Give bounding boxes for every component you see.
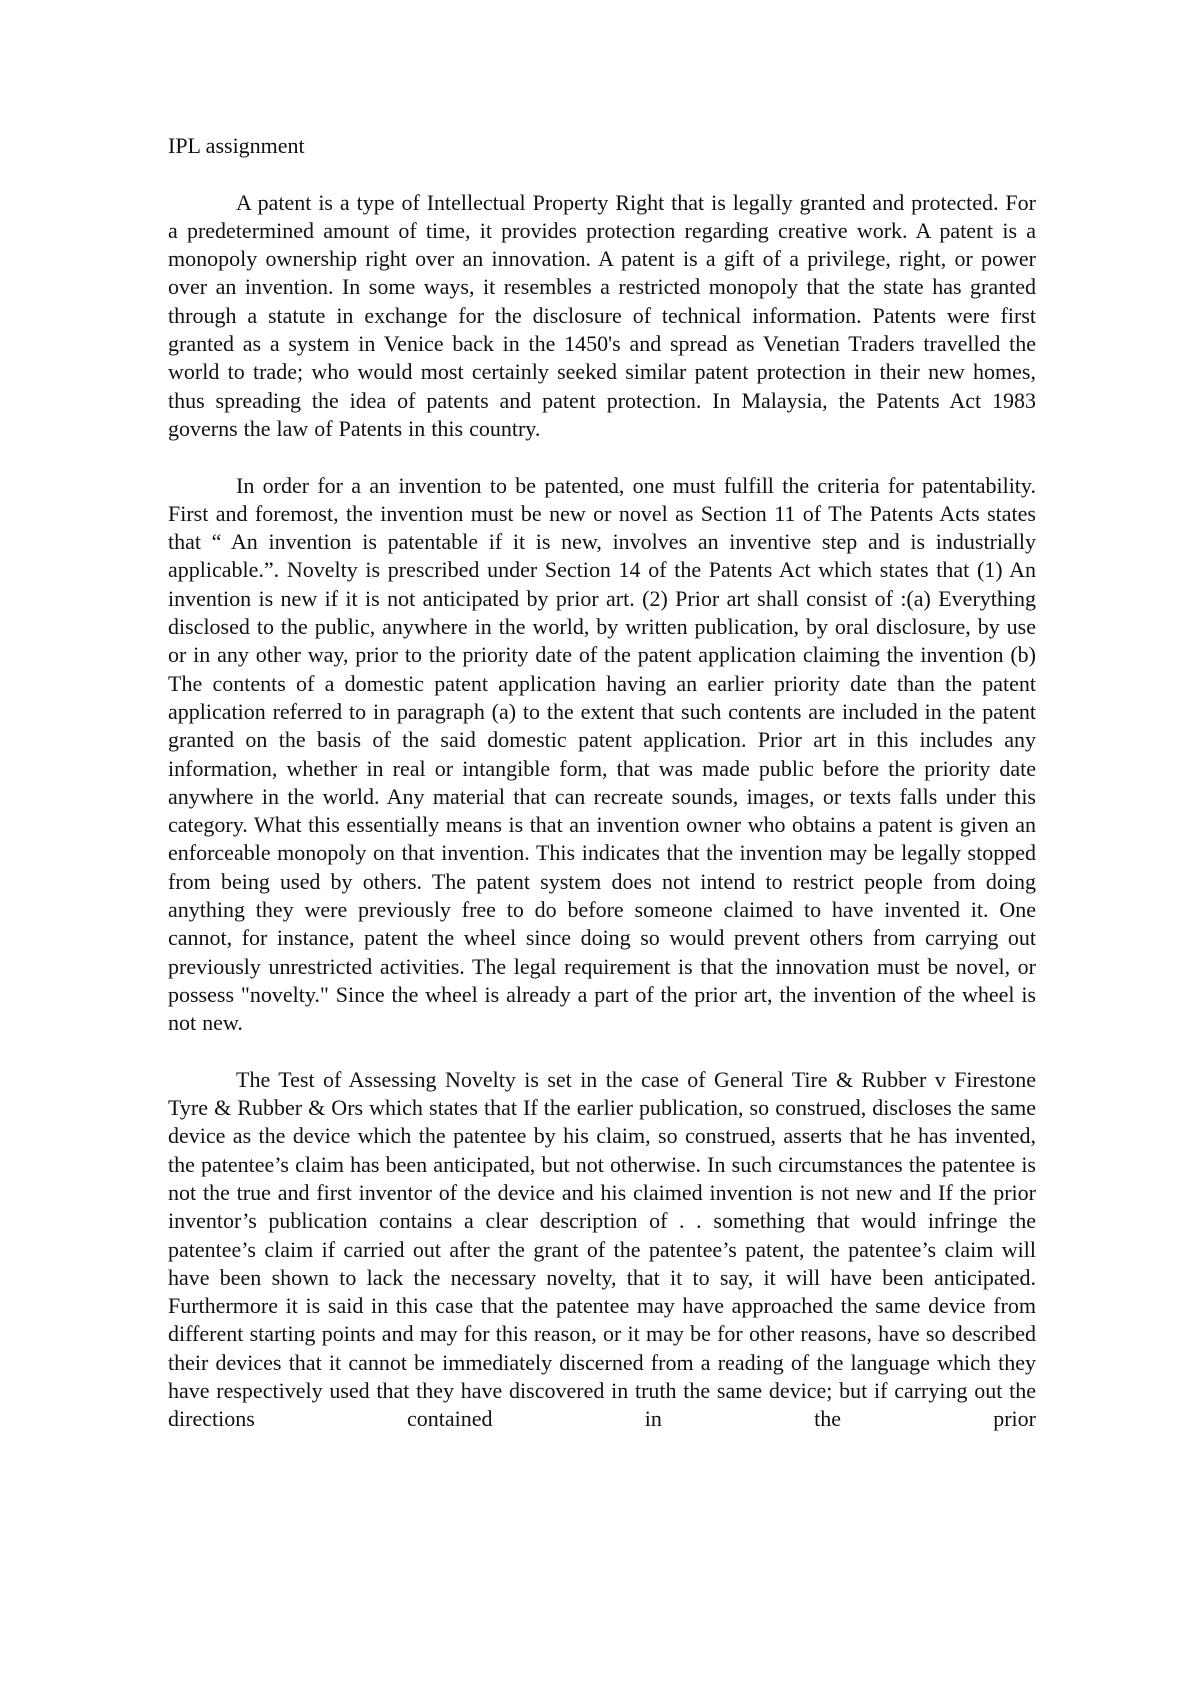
document-page: IPL assignment A patent is a type of Int…: [0, 0, 1200, 1698]
document-title: IPL assignment: [168, 132, 1036, 160]
paragraph-patentability-criteria: In order for a an invention to be patent…: [168, 472, 1036, 1038]
paragraph-intro-patents: A patent is a type of Intellectual Prope…: [168, 189, 1036, 444]
paragraph-test-of-novelty: The Test of Assessing Novelty is set in …: [168, 1066, 1036, 1434]
